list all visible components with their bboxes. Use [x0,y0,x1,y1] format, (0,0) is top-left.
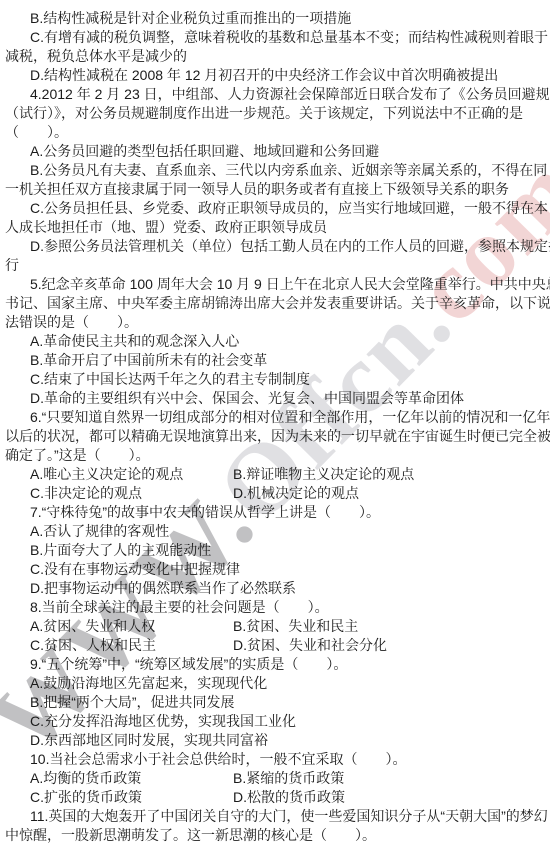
text-line: 法错误的是（ ）。 [5,313,545,332]
text-line: 6.“只要知道自然界一切组成部分的相对位置和全部作用，一亿年以前的情况和一亿年 [5,408,545,427]
text-line: B.公务员凡有夫妻、直系血亲、三代以内旁系血亲、近姻亲等亲属关系的，不得在同 [5,161,545,180]
text-line: A.革命使民主共和的观念深入人心 [5,332,545,351]
text-line: 8.当前全球关注的最主要的社会问题是（ ）。 [5,598,545,617]
text-line: 书记、国家主席、中央军委主席胡锦涛出席大会并发表重要讲话。关于辛亥革命，以下说 [5,294,545,313]
text-line: B.结构性减税是针对企业税负过重而推出的一项措施 [5,9,545,28]
option-column-right: B.紧缩的货币政策 [233,769,344,788]
text-line: C.结束了中国长达两千年之久的君主专制制度 [5,370,545,389]
option-column-right: B.贫困、失业和民主 [233,617,358,636]
text-line: C.充分发挥沿海地区优势，实现我国工业化 [5,712,545,731]
option-column-right: D.贫困、失业和社会分化 [233,636,387,655]
option-column-left: C.贫困、人权和民主 [30,636,233,655]
text-line: 5.纪念辛亥革命 100 周年大会 10 月 9 日上午在北京人民大会堂隆重举行… [5,275,545,294]
text-line: B.革命开启了中国前所未有的社会变革 [5,351,545,370]
text-line: A.唯心主义决定论的观点B.辩证唯物主义决定论的观点 [5,465,545,484]
text-line: 11.英国的大炮轰开了中国闭关自守的大门，使一些爱国知识分子从“天朝大国”的梦幻 [5,807,545,826]
text-line: A.公务员回避的类型包括任职回避、地域回避和公务回避 [5,142,545,161]
text-line: 一机关担任双方直接隶属于同一领导人员的职务或者有直接上下级领导关系的职务 [5,180,545,199]
option-column-left: C.扩张的货币政策 [30,788,233,807]
exam-document-page: WWW.Offcn.com B.结构性减税是针对企业税负过重而推出的一项措施C.… [0,0,550,856]
text-line: A.鼓励沿海地区先富起来，实现现代化 [5,674,545,693]
option-column-left: A.贫困、失业和人权 [30,617,233,636]
option-column-right: D.松散的货币政策 [233,788,345,807]
text-line: 中惊醒，一股新思潮萌发了。这一新思潮的核心是（ ）。 [5,826,545,845]
text-line: C.有增有减的税负调整，意味着税收的基数和总量基本不变；而结构性减税则着眼于 [5,28,545,47]
text-line: 人成长地担任市（地、盟）党委、政府正职领导成员 [5,218,545,237]
text-line: D.把事物运动中的偶然联系当作了必然联系 [5,579,545,598]
text-line: C.没有在事物运动变化中把握规律 [5,560,545,579]
text-line: 9.“五个统筹”中，“统筹区域发展”的实质是（ ）。 [5,655,545,674]
text-line: 行 [5,256,545,275]
text-line: 4.2012 年 2 月 23 日，中组部、人力资源社会保障部近日联合发布了《公… [5,85,545,104]
option-column-right: B.辩证唯物主义决定论的观点 [233,465,414,484]
text-line: B.把握“两个大局”，促进共同发展 [5,693,545,712]
text-line: A.贫困、失业和人权B.贫困、失业和民主 [5,617,545,636]
text-line: （ ）。 [5,123,545,142]
option-column-left: A.均衡的货币政策 [30,769,233,788]
text-line: C.公务员担任县、乡党委、政府正职领导成员的，应当实行地域回避，一般不得在本 [5,199,545,218]
text-line: A.否认了规律的客观性 [5,522,545,541]
text-line: B.片面夸大了人的主观能动性 [5,541,545,560]
text-line: C.非决定论的观点D.机械决定论的观点 [5,484,545,503]
text-line: A.均衡的货币政策B.紧缩的货币政策 [5,769,545,788]
text-line: D.东西部地区同时发展，实现共同富裕 [5,731,545,750]
option-column-right: D.机械决定论的观点 [233,484,359,503]
text-line: 确定了。”这是（ ）。 [5,446,545,465]
text-line: C.扩张的货币政策D.松散的货币政策 [5,788,545,807]
exam-question-text: B.结构性减税是针对企业税负过重而推出的一项措施C.有增有减的税负调整，意味着税… [5,9,545,845]
text-line: （试行）》，对公务员规避制度作出进一步规范。关于该规定，下列说法中不正确的是 [5,104,545,123]
option-column-left: A.唯心主义决定论的观点 [30,465,233,484]
text-line: 以后的状况，都可以精确无误地演算出来，因为未来的一切早就在宇宙诞生时便已完全被 [5,427,545,446]
text-line: D.革命的主要组织有兴中会、保国会、光复会、中国同盟会等革命团体 [5,389,545,408]
text-line: 10.当社会总需求小于社会总供给时，一般不宜采取（ ）。 [5,750,545,769]
text-line: D.参照公务员法管理机关（单位）包括工勤人员在内的工作人员的回避，参照本规定执 [5,237,545,256]
option-column-left: C.非决定论的观点 [30,484,233,503]
text-line: 7.“守株待兔”的故事中农夫的错误从哲学上讲是（ ）。 [5,503,545,522]
text-line: C.贫困、人权和民主D.贫困、失业和社会分化 [5,636,545,655]
text-line: D.结构性减税在 2008 年 12 月初召开的中央经济工作会议中首次明确被提出 [5,66,545,85]
text-line: 减税，税负总体水平是减少的 [5,47,545,66]
